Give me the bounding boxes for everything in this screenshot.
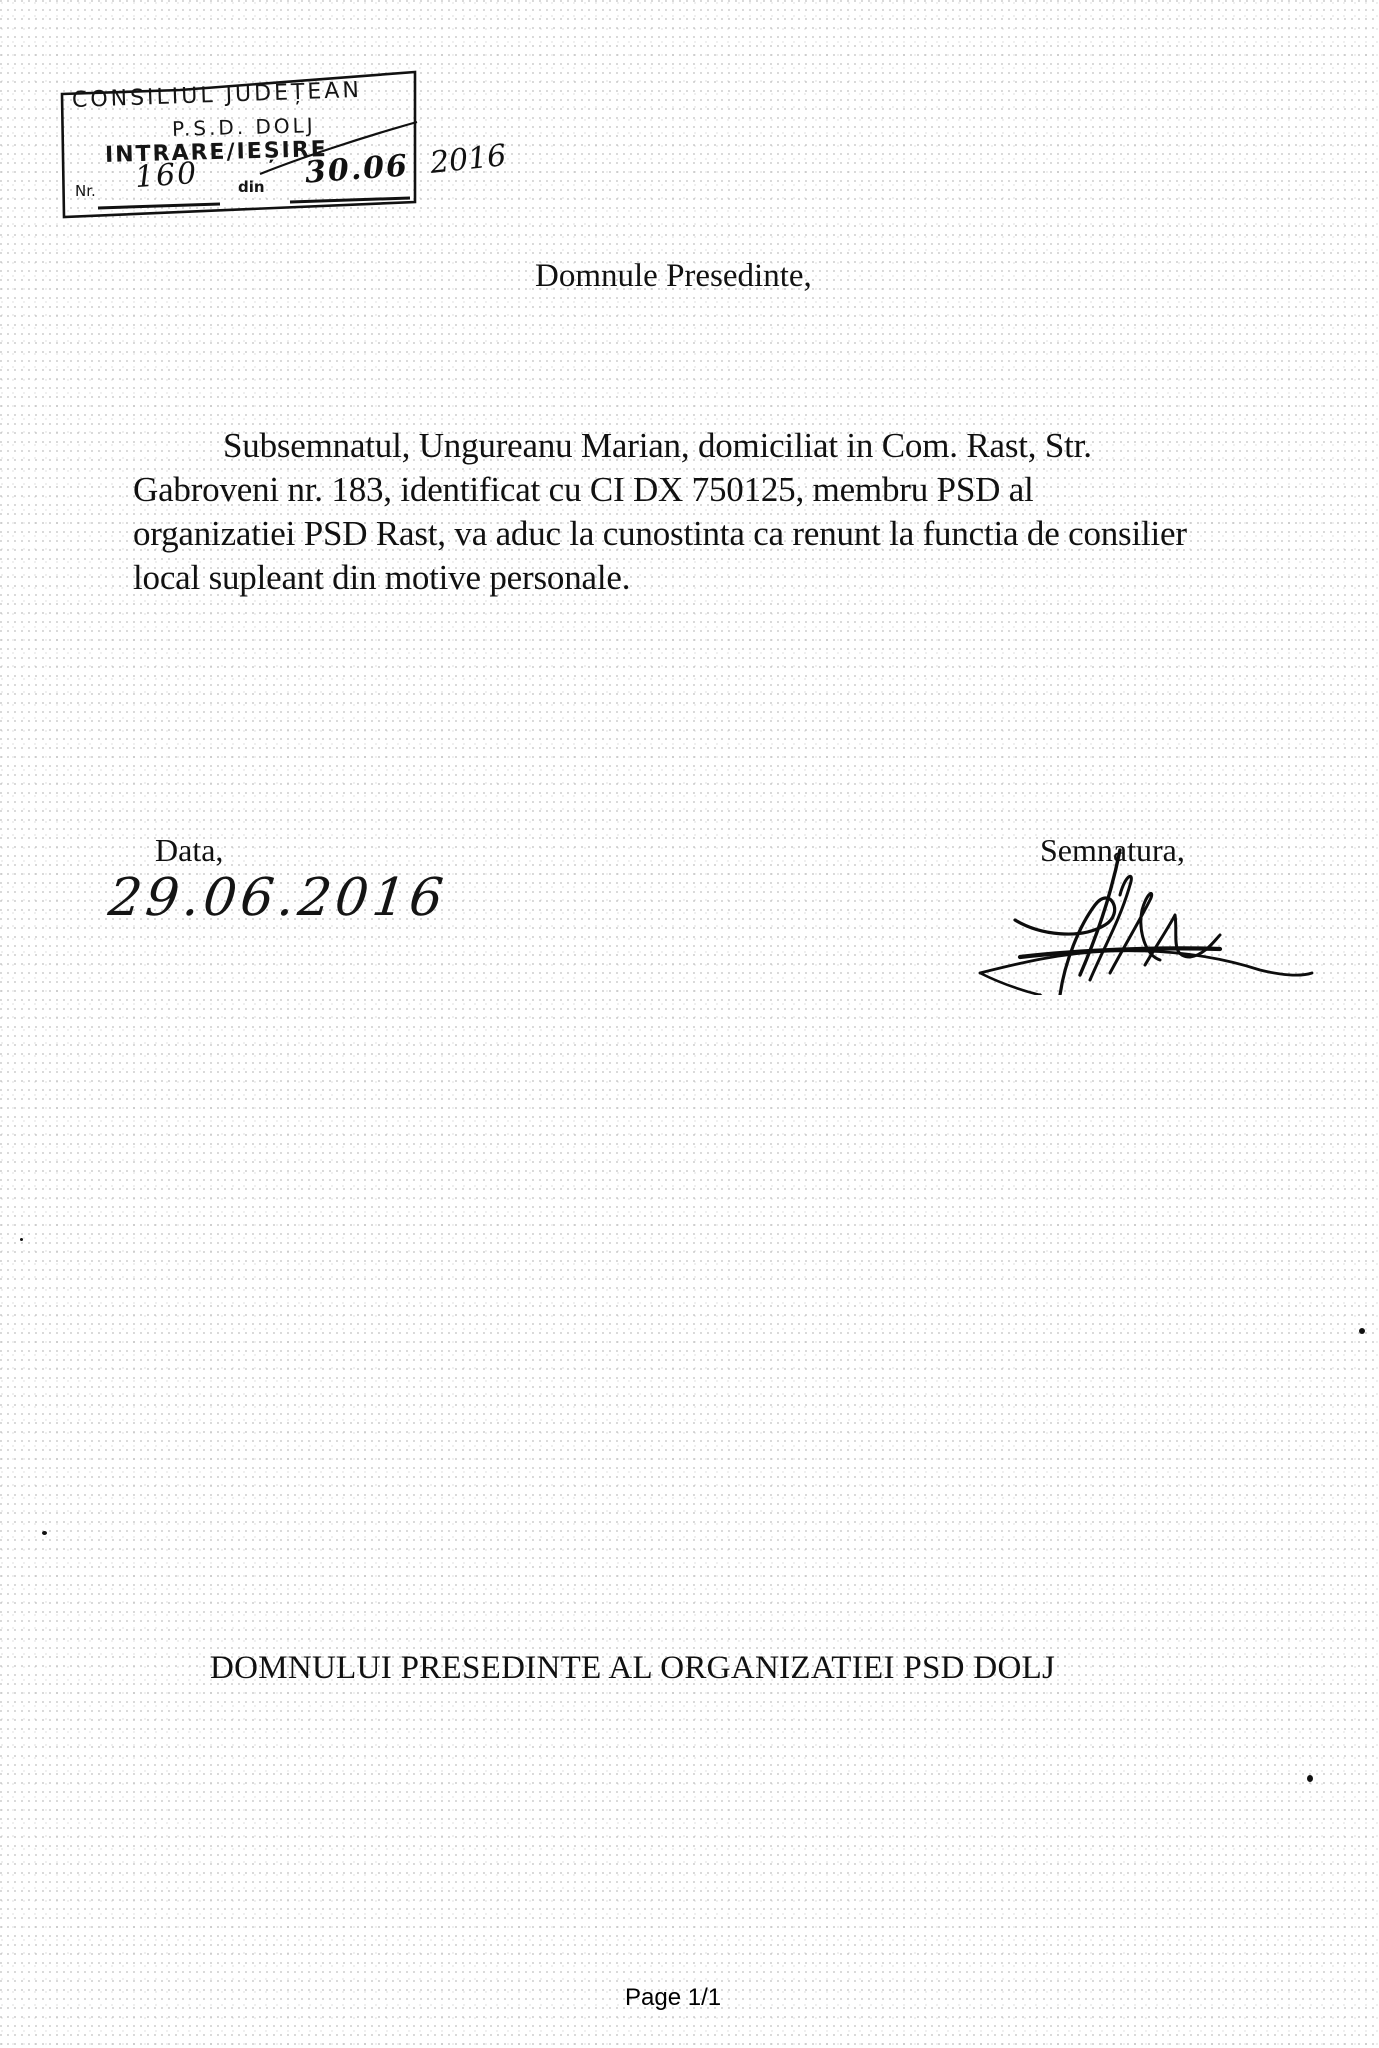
body-line: Gabroveni nr. 183, identificat cu CI DX …: [133, 468, 1253, 512]
scan-speck: [1359, 1328, 1365, 1334]
stamp-year-handwritten: 2016: [428, 138, 508, 181]
stamp-nr-handwritten: 160: [134, 156, 200, 195]
scan-speck: [1307, 1775, 1313, 1782]
date-label: Data,: [155, 832, 223, 869]
scanned-document-page: CONSILIUL JUDEȚEAN P.S.D. DOLJ INTRARE/I…: [0, 0, 1379, 2048]
date-handwritten: 29.06.2016: [106, 868, 450, 928]
greeting: Domnule Presedinte,: [535, 258, 812, 295]
body-line: Subsemnatul, Ungureanu Marian, domicilia…: [133, 424, 1253, 468]
body-line: local supleant din motive personale.: [133, 556, 1253, 600]
stamp-date-handwritten: 30.06: [304, 148, 410, 190]
addressee-line: DOMNULUI PRESEDINTE AL ORGANIZATIEI PSD …: [210, 1650, 1055, 1687]
scan-speck: [20, 1238, 23, 1241]
signature-icon: [960, 845, 1320, 995]
stamp-din-label: din: [238, 178, 265, 196]
letter-body: Subsemnatul, Ungureanu Marian, domicilia…: [133, 424, 1253, 600]
page-number: Page 1/1: [625, 1984, 721, 2012]
scan-speck: [42, 1531, 47, 1535]
stamp-nr-label: Nr.: [75, 182, 96, 200]
stamp-organization: P.S.D. DOLJ: [172, 113, 316, 141]
body-line: organizatiei PSD Rast, va aduc la cunost…: [133, 512, 1253, 556]
registration-stamp: CONSILIUL JUDEȚEAN P.S.D. DOLJ INTRARE/I…: [60, 70, 415, 218]
